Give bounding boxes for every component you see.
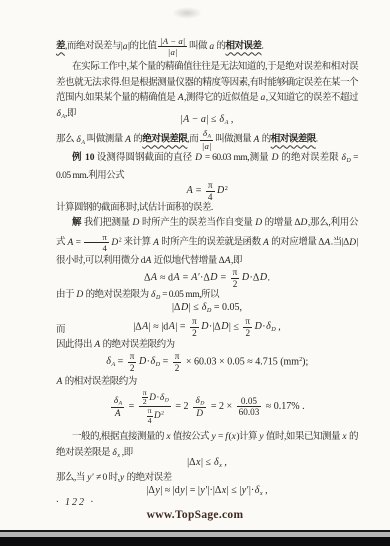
formula-delta-y-bound: |Δy| ≈ |dy| = |y′|·|Δx| ≤ |y′|·δx ,	[56, 485, 358, 497]
textbook-page: 差,而绝对误差与|a|的比值|A − a||a|叫做 a 的相对误差. 在实际工…	[0, 0, 390, 546]
text-line-relative-error: 差,而绝对误差与|a|的比值|A − a||a|叫做 a 的相对误差.	[56, 36, 358, 57]
bottom-black-bar	[0, 537, 390, 546]
formula-relative-limit-value: δAA = π2D·δDπ4D2 = 2 δDD = 2 × 0.0560.03…	[56, 389, 358, 425]
formula-delta-d-bound: |ΔD| ≤ δD = 0.05,	[56, 302, 358, 314]
formula-differential: ΔA ≈ dA = A′·ΔD = π2D·ΔD.	[56, 267, 358, 289]
formula-delta-a-bound: |ΔA| ≈ |dA| = π2D·|ΔD| ≤ π2D·δD ,	[56, 316, 358, 338]
text-line-error-limits: 那么 δA 叫做测量 A 的绝对误差限,而δA|a|叫做测量 A 的相对误差限.	[56, 128, 358, 151]
paragraph-solution: 解 我们把测量 D 时所产生的误差当作自变量 D 的增量 ΔD,那么,利用公式 …	[56, 215, 358, 270]
formula-abs-error-bound: |A − a| ≤ δA ,	[56, 114, 358, 126]
formula-area: A = π4D2	[56, 180, 358, 202]
page-content: 差,而绝对误差与|a|的比值|A − a||a|叫做 a 的相对误差. 在实际工…	[56, 0, 358, 546]
connector-word: 而	[56, 321, 66, 335]
row-and-formula: 而 |ΔA| ≈ |dA| = π2D·|ΔD| ≤ π2D·δD ,	[56, 316, 358, 338]
formula-abs-limit-value: δA = π2D·δD = π2 × 60.03 × 0.05 ≈ 4.715 …	[56, 351, 358, 373]
page-number: · 122 ·	[56, 497, 95, 508]
watermark-url: www.TopSage.com	[0, 509, 390, 521]
formula-delta-x-bound: |Δx| ≤ δx ,	[56, 457, 358, 469]
